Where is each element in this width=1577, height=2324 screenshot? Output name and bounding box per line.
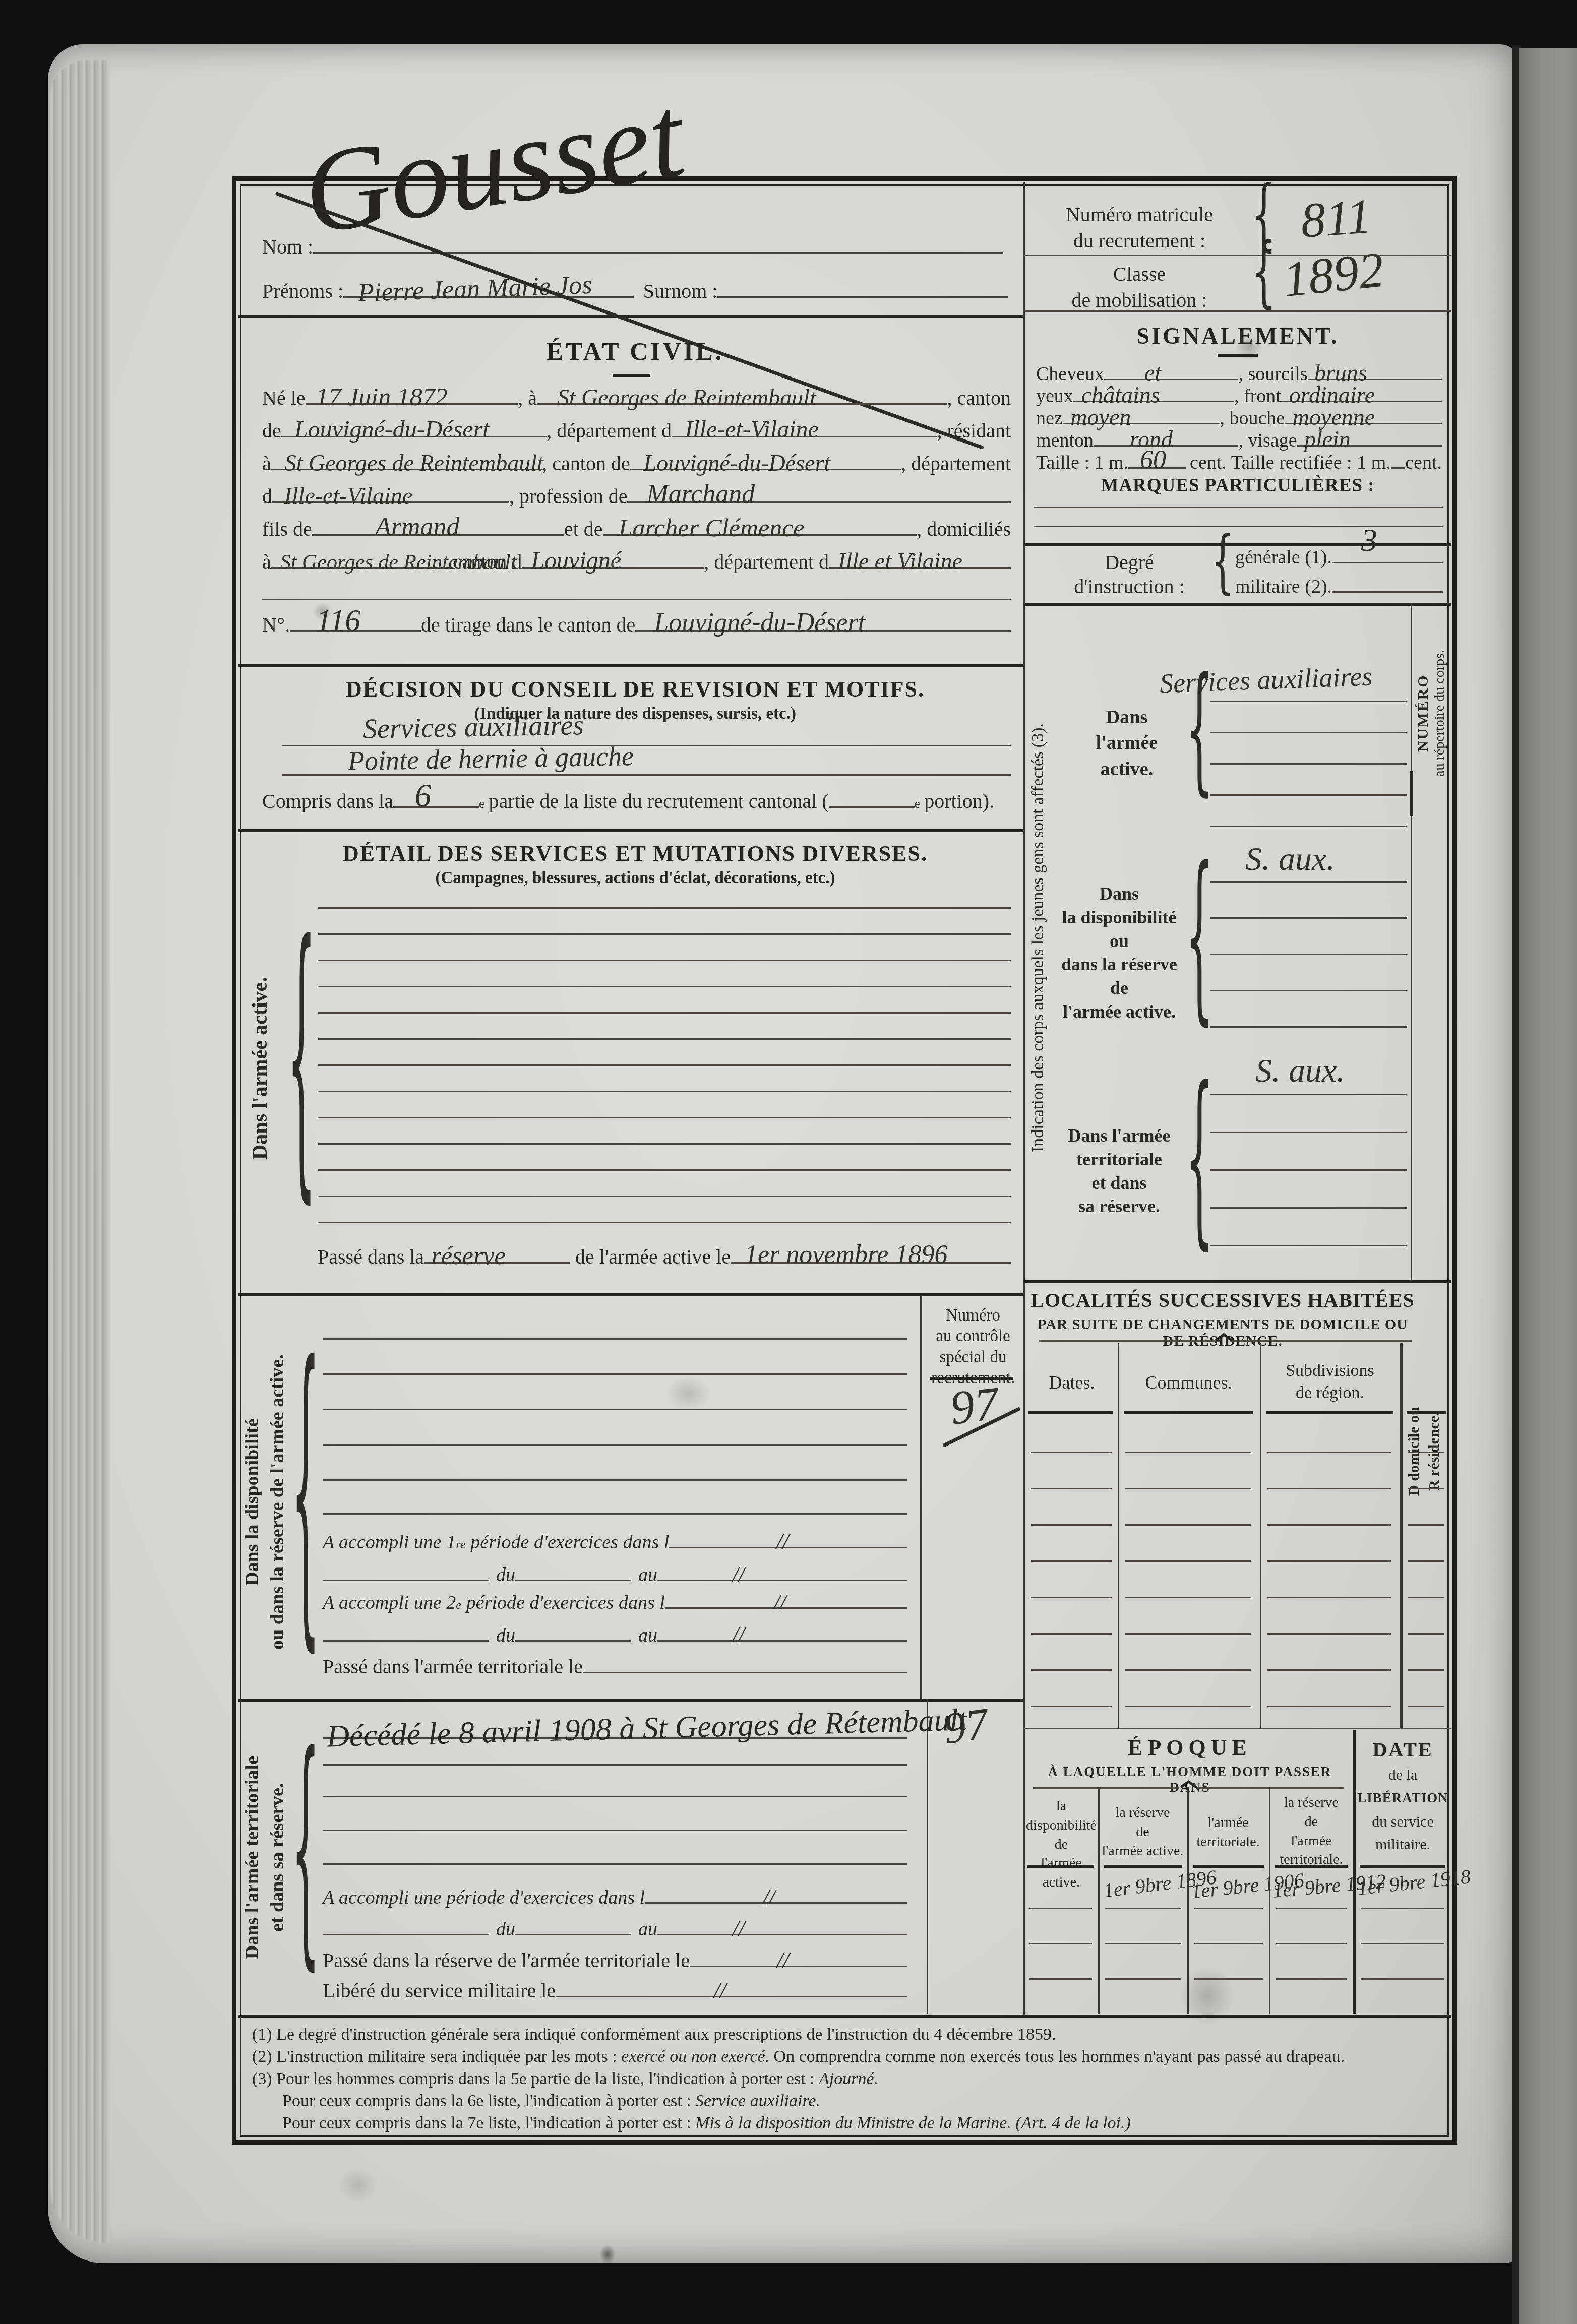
stain [600,2245,615,2264]
ne-le-label: Né le [262,387,306,409]
footnote-5a: Pour ceux compris dans la 7e liste, l'in… [282,2114,695,2132]
ditto-mark: // [733,1624,745,1646]
au-label: au [638,1565,657,1586]
ruled-line [1210,1094,1407,1095]
degre-divider [1023,603,1451,606]
footnote-3a: (3) Pour les hommes compris dans la 5e p… [252,2069,819,2088]
passe-date-value: 1er novembre 1896 [745,1242,947,1268]
date-header-1: DATE [1356,1738,1449,1762]
sup-e2: e [915,797,921,811]
degre-label-2: d'instruction : [1054,575,1205,598]
date-header-3: LIBÉRATION [1356,1790,1449,1806]
sourcils-value: bruns [1314,361,1367,385]
footnote-4a: Pour ceux compris dans la 6e liste, l'in… [282,2092,695,2110]
section-divider [238,829,1023,832]
passe-value: réserve [432,1243,506,1268]
epoque-vline [1187,1787,1189,2014]
footnote-4b: Service auxiliaire. [695,2092,820,2110]
table-row-line [1267,1597,1391,1598]
au-label: au [638,1919,657,1940]
p2-line: // [665,1607,907,1609]
ruled-line [318,1091,1011,1092]
decision-value1: Services auxiliaires [363,711,584,743]
blank-line [262,599,1011,600]
p2-label: A accompli une 2 [323,1593,456,1614]
footnote-divider [238,2015,1451,2018]
date-naissance-value: 17 Juin 1872 [316,384,448,409]
ruled-line [1210,732,1407,733]
stain [338,2167,378,2203]
compris-label-b: partie de la liste du recrutement canton… [489,790,829,812]
generale-row: générale (1). [1235,547,1443,569]
ruled-line [1210,763,1407,765]
p2-au-line: // [657,1640,907,1642]
epoque-row-line [1361,1978,1444,1980]
section-divider [238,664,1023,667]
table-row-line [1267,1524,1391,1526]
tirage-canton-line: Louvigné-du-Désert [635,630,1011,632]
du-label: du [496,1919,515,1940]
front-label: , front [1234,386,1281,407]
militaire-line [1332,591,1443,593]
epoque-col2-header: la réserve de l'armée active. [1099,1803,1186,1860]
taille-label-b: cent. Taille rectifiée : 1 m. [1190,453,1391,474]
nom-line [313,252,1003,254]
table-header-underline [1028,1411,1113,1414]
book-page-edges [50,60,110,2243]
ditto-mark: // [763,1886,775,1908]
corps-s2-brace: { [1185,844,1214,1027]
etat-civil-line2: de Louvigné-du-Désert , département d Il… [262,420,1011,442]
ruled-line [1210,1245,1407,1246]
footnote-2: (2) L'instruction militaire sera indiqué… [252,2047,1452,2066]
passe-line1: réserve [424,1262,570,1264]
ruled-line [323,1764,907,1766]
departement2-label: , département [901,453,1011,475]
visage-label: , visage [1238,430,1297,452]
p1-du-line [515,1580,631,1581]
front-line: ordinaire [1281,401,1442,402]
canton3-value: Louvigné [531,549,621,573]
dept3-value: Ille et Vilaine [838,550,962,573]
footnote-2b: exercé ou non exercé. [621,2047,769,2066]
table-row-line [1031,1488,1112,1489]
p1-label: A accompli une 1 [323,1532,456,1553]
passe-terr-label: Passé dans l'armée territoriale le [323,1656,583,1678]
table-row-line [1267,1452,1391,1453]
table-row-line [1031,1597,1112,1598]
domicilies-label: , domiciliés [917,518,1011,540]
p1-au-line: // [657,1580,907,1581]
libere-row: Libéré du service militaire le // [323,1980,907,2002]
epoque-swash-right [1197,1787,1344,1789]
classe-underline [1023,310,1451,312]
table-row-line [1125,1669,1251,1671]
residant-label: , résidant [937,420,1011,442]
ruled-line [318,907,1011,909]
table-header-underline [1124,1411,1253,1414]
table-row-line [1125,1597,1251,1598]
etat-civil-line5: fils de Armand et de Larcher Clémence , … [262,518,1011,540]
footnote-3b: Ajourné. [819,2069,878,2088]
decision-title: DÉCISION DU CONSEIL DE REVISION ET MOTIF… [282,676,988,702]
etat-civil-line4: d Ille-et-Vilaine , profession de Marcha… [262,485,1011,508]
canton3-line: Louvigné [522,567,704,569]
classe-brace: { [1251,234,1277,311]
mere-line: Larcher Clémence [603,534,917,536]
canton-de-label: , canton de [542,453,630,475]
nez-value: moyen [1070,406,1131,429]
du-label: du [496,1625,515,1647]
residence-line: St Georges de Reintembault [271,469,542,470]
terr-brace: { [291,1726,320,1974]
col-dates: Dates. [1026,1372,1118,1393]
lieu-naissance-line: St Georges de Reintembault [537,403,947,405]
tirage-no-line: 116 [290,630,421,632]
departement3-label: , département d [704,551,829,573]
bouche-label: , bouche [1220,408,1285,429]
taille-label-a: Taille : 1 m. [1036,453,1128,474]
table-header-underline [1266,1411,1393,1414]
ditto-mark: // [733,1563,745,1586]
signalement-divider [1023,543,1451,546]
ruled-line [318,1196,1011,1197]
epoque-row-line [1029,1908,1092,1909]
ruled-line [1210,954,1407,955]
epoque-row-line [1276,1943,1347,1944]
numero-corps-label-2: au répertoire du corps. [1432,607,1448,819]
numero-controle-value: 97 [948,1379,1000,1432]
table-row-line [1031,1452,1112,1453]
epoque-header-underline [1027,1865,1094,1868]
table-header-underline [1407,1411,1446,1414]
ruled-line [1210,917,1407,919]
nez-line: moyen [1063,423,1220,424]
section-divider [238,1699,1023,1702]
epoque-header-underline [1360,1865,1445,1868]
etat-civil-line6: à St Georges de Reintembault canton d Lo… [262,551,1011,573]
ruled-line [1210,701,1407,702]
terr-p-line: // [645,1902,907,1904]
corps-s2-label: Dans la disponibilité ou dans la réserve… [1054,882,1185,1024]
generale-label: générale (1). [1235,547,1332,569]
sourcils-line: bruns [1308,379,1442,380]
dispo-side-label-2: ou dans la réserve de l'armée active. [266,1310,288,1693]
etat-civil-title: ÉTAT CIVIL. [383,337,887,366]
canton2-value: Louvigné-du-Désert [644,452,830,475]
cheveux-line: et [1104,379,1238,380]
canton2-line: Louvigné-du-Désert [630,469,901,470]
table-row-line [1408,1452,1444,1453]
table-row-line [1031,1633,1112,1635]
epoque-row-line [1029,1943,1092,1944]
bouche-line: moyenne [1285,423,1442,424]
col-communes: Communes. [1118,1372,1260,1393]
nez-row: nez moyen , bouche moyenne [1036,408,1442,429]
table-row-line [1267,1706,1391,1707]
du-label: du [496,1565,515,1586]
compris-row: Compris dans la 6 e partie de la liste d… [262,790,1008,812]
canton-label: , canton [947,387,1011,409]
dept1-value: Ille-et-Vilaine [685,418,819,442]
canton1-value: Louvigné-du-Désert [294,418,490,442]
epoque-row-line [1029,1978,1092,1980]
ruled-line [1210,794,1407,796]
detail-title: DÉTAIL DES SERVICES ET MUTATIONS DIVERSE… [282,841,988,866]
corps-s3-label: Dans l'armée territoriale et dans sa rés… [1054,1124,1185,1218]
corps-s3-value: S. aux. [1255,1054,1345,1088]
nez-label: nez [1036,408,1063,429]
numero-controle-header: Numéro au contrôle spécial du recrutemen… [925,1305,1021,1389]
terr-periode-row: A accompli une période d'exercices dans … [323,1888,907,1909]
ruled-line [318,1012,1011,1014]
corps-s3-brace: { [1185,1062,1214,1251]
prenoms-line: Pierre Jean Marie Jos [343,296,634,298]
p2-sup: e [456,1599,461,1612]
table-row-line [1031,1706,1112,1707]
table-row-line [1125,1706,1251,1707]
footnote-1: (1) Le degré d'instruction générale sera… [252,2025,1442,2044]
epoque-row-line [1194,1978,1263,1980]
date-header-4: du service [1356,1813,1449,1831]
taille-row: Taille : 1 m. 60 cent. Taille rectifiée … [1036,453,1442,474]
de-label: de [262,420,281,442]
ruled-line [318,1064,1011,1066]
date-naissance-line: 17 Juin 1872 [306,403,518,405]
compris-label-c: portion). [924,790,994,812]
corps-s1-value: Services auxiliaires [1159,663,1373,698]
ruled-line [323,1513,907,1515]
ruled-line [323,1796,907,1797]
armee-active-brace: { [287,910,316,1207]
ruled-line [318,960,1011,961]
matricule-label: Numéro matriculedu recrutement : [1034,202,1245,254]
passe-label-a: Passé dans la [318,1246,424,1268]
ruled-line [318,986,1011,987]
table-vline [1118,1343,1119,1728]
ruled-line [1210,826,1407,827]
lieu-naissance-value: St Georges de Reintembault [558,386,816,409]
visage-value: plein [1304,428,1351,451]
corps-divider [1023,1280,1451,1283]
militaire-row: militaire (2). [1235,577,1443,598]
header-divider [238,315,1023,318]
domicile-value: St Georges de Reintembault [280,552,517,573]
terr-date-line0 [323,1934,489,1935]
p2-date-line0 [323,1640,489,1642]
table-row-line [1031,1669,1112,1671]
tirage-no-value: 116 [316,605,360,636]
footnote-2c: On comprendra comme non exercés tous les… [769,2047,1345,2066]
passe-reserve-row: Passé dans la réserve de l'armée active … [318,1246,1011,1268]
table-row-line [1267,1488,1391,1489]
table-row-line [1125,1524,1251,1526]
cheveux-value: et [1144,361,1161,385]
detail-subtitle: (Campagnes, blessures, actions d'éclat, … [282,869,988,888]
signalement-title: SIGNALEMENT. [1028,323,1447,349]
periode2-dates-row: du au // [323,1625,907,1647]
etat-civil-dash [613,374,650,377]
ruled-line [323,1338,907,1340]
swash-left [1039,1340,1220,1342]
periode1-row: A accompli une 1re période d'exercices d… [323,1532,907,1553]
fils-de-label: fils de [262,518,312,540]
signalement-dash [1218,354,1258,357]
footnote-5b: Mis à la disposition du Ministre de la M… [695,2114,1131,2132]
epoque-subtitle: À LAQUELLE L'HOMME DOIT PASSER DANS [1028,1764,1351,1795]
a2-label: à [262,453,271,475]
table-row-line [1408,1706,1444,1707]
libere-line: // [556,1996,907,1997]
ruled-line [323,1479,907,1481]
ruled-line [323,1444,907,1446]
ruled-line [318,1038,1011,1040]
ruled-line [1210,990,1407,991]
date-header-5: militaire. [1356,1836,1449,1853]
departement-label: , département d [547,420,672,442]
epoque-col1-header: la disponibilité de l'armée active. [1024,1797,1098,1892]
adjacent-page [1519,48,1577,2324]
domicile-line: St Georges de Reintembault [271,567,453,569]
residence-value: St Georges de Reintembault [285,452,543,475]
degre-label-1: Degré [1074,550,1185,574]
epoque-row-line [1105,1908,1181,1909]
ditto-mark: // [777,1950,789,1972]
table-row-line [1125,1488,1251,1489]
terr-dates-row: du au // [323,1919,907,1940]
bouche-value: moyenne [1293,406,1375,429]
terr-p-label: A accompli une période d'exercices dans … [323,1888,645,1909]
epoque-row-line [1194,1908,1263,1909]
marques-line1 [1034,507,1443,508]
tirage-label: de tirage dans le canton de [421,614,635,636]
ruled-line [318,933,1011,935]
table-row-line [1267,1669,1391,1671]
footnote-5: Pour ceux compris dans la 7e liste, l'in… [282,2114,1442,2133]
taille-rect-line [1391,467,1406,469]
numero-column-line [920,1295,922,1699]
menton-row: menton rond , visage plein [1036,430,1442,452]
table-row-line [1408,1560,1444,1562]
dispo-side-label-1: Dans la disponibilité [241,1310,263,1693]
numero-label: N°. [262,614,290,636]
ruled-line [318,1222,1011,1223]
passe-res-line: // [690,1966,907,1967]
footnote-2a: (2) L'instruction militaire sera indiqué… [252,2047,621,2066]
numero-corps-bar [1410,771,1413,816]
dept2-value: Ille-et-Vilaine [284,484,413,508]
epoque-row-line [1276,1908,1347,1909]
prenoms-value: Pierre Jean Marie Jos [357,272,592,306]
pere-line: Armand [312,534,564,536]
table-row-line [1408,1488,1444,1489]
classe-label: Classede mobilisation : [1034,261,1245,313]
epoque-row-line [1361,1943,1444,1944]
localites-title: LOCALITÉS SUCCESSIVES HABITÉES [1028,1288,1417,1312]
p1-date-line0 [323,1580,489,1581]
table-row-line [1125,1633,1251,1635]
profession-line: Marchand [627,501,1011,503]
epoque-swash-left [1033,1787,1179,1789]
surnom-line [717,296,1008,298]
table-row-line [1125,1560,1251,1562]
d-label: d [262,485,272,508]
taille-value: 60 [1140,447,1166,473]
table-row-line [1408,1597,1444,1598]
armee-active-side-label: Dans l'armée active. [248,902,272,1235]
taille-line: 60 [1128,467,1186,469]
column-divider [1023,182,1025,2015]
profession-label: , profession de [509,485,627,508]
numero-column-line2 [927,1699,928,2014]
dept1-line: Ille-et-Vilaine [672,436,937,437]
generale-line [1332,562,1443,563]
table-row-line [1267,1560,1391,1562]
profession-value: Marchand [646,481,755,508]
corps-s1-label: Dans l'armée active. [1069,705,1185,782]
table-row-line [1408,1669,1444,1671]
a-label: , à [518,387,537,409]
table-vline [1260,1343,1261,1728]
partie-value: 6 [414,779,431,812]
epoque-header-underline [1104,1865,1182,1868]
ruled-line [323,1830,907,1831]
tirage-row: N°. 116 de tirage dans le canton de Louv… [262,614,1011,636]
p2-label-b: période d'exercices dans l [466,1593,665,1614]
passe-label-b: de l'armée active le [575,1246,731,1268]
partie-line: 6 [393,806,479,808]
ruled-line [1210,1026,1407,1028]
ditto-mark: // [774,1591,786,1613]
p1-line: // [669,1547,907,1548]
generale-value: 3 [1361,524,1377,556]
ditto-mark: // [776,1531,788,1553]
table-vline [1400,1343,1403,1728]
taille-label-c: cent. [1405,453,1442,474]
footnote-4: Pour ceux compris dans la 6e liste, l'in… [282,2092,1442,2111]
ruled-line [318,1143,1011,1145]
table-row-line [1408,1633,1444,1635]
ruled-line [1210,881,1407,883]
passe-line2: 1er novembre 1896 [731,1262,1011,1264]
terr-side-label-2: et dans sa réserve. [266,1714,288,2001]
epoque-top-line [1023,1728,1451,1729]
epoque-title: ÉPOQUE [1028,1735,1351,1761]
libere-label: Libéré du service militaire le [323,1980,556,2002]
p2-du-line [515,1640,631,1642]
p1-sup: re [456,1538,465,1551]
terr-au-line: // [657,1934,907,1935]
numero-corps-label-1: NUMÉRO [1415,607,1432,819]
nom-label: Nom : [262,236,313,258]
table-row-line [1267,1633,1391,1635]
ditto-mark: // [733,1918,745,1940]
periode2-row: A accompli une 2e période d'exercices da… [323,1593,907,1614]
yeux-label: yeux [1036,386,1073,407]
etat-civil-line3: à St Georges de Reintembault , canton de… [262,453,1011,475]
passe-res-label: Passé dans la réserve de l'armée territo… [323,1950,690,1972]
sup-e: e [479,797,485,811]
ruled-line [1210,1169,1407,1171]
compris-label-a: Compris dans la [262,790,393,812]
passe-terr-line [583,1672,907,1673]
a3-label: à [262,551,271,573]
ruled-line [323,1863,907,1865]
mere-value: Larcher Clémence [619,515,805,540]
section-divider [238,1293,1023,1296]
ruled-line [1210,1132,1407,1133]
epoque-col4-header: la réserve de l'armée territoriale. [1270,1793,1353,1869]
